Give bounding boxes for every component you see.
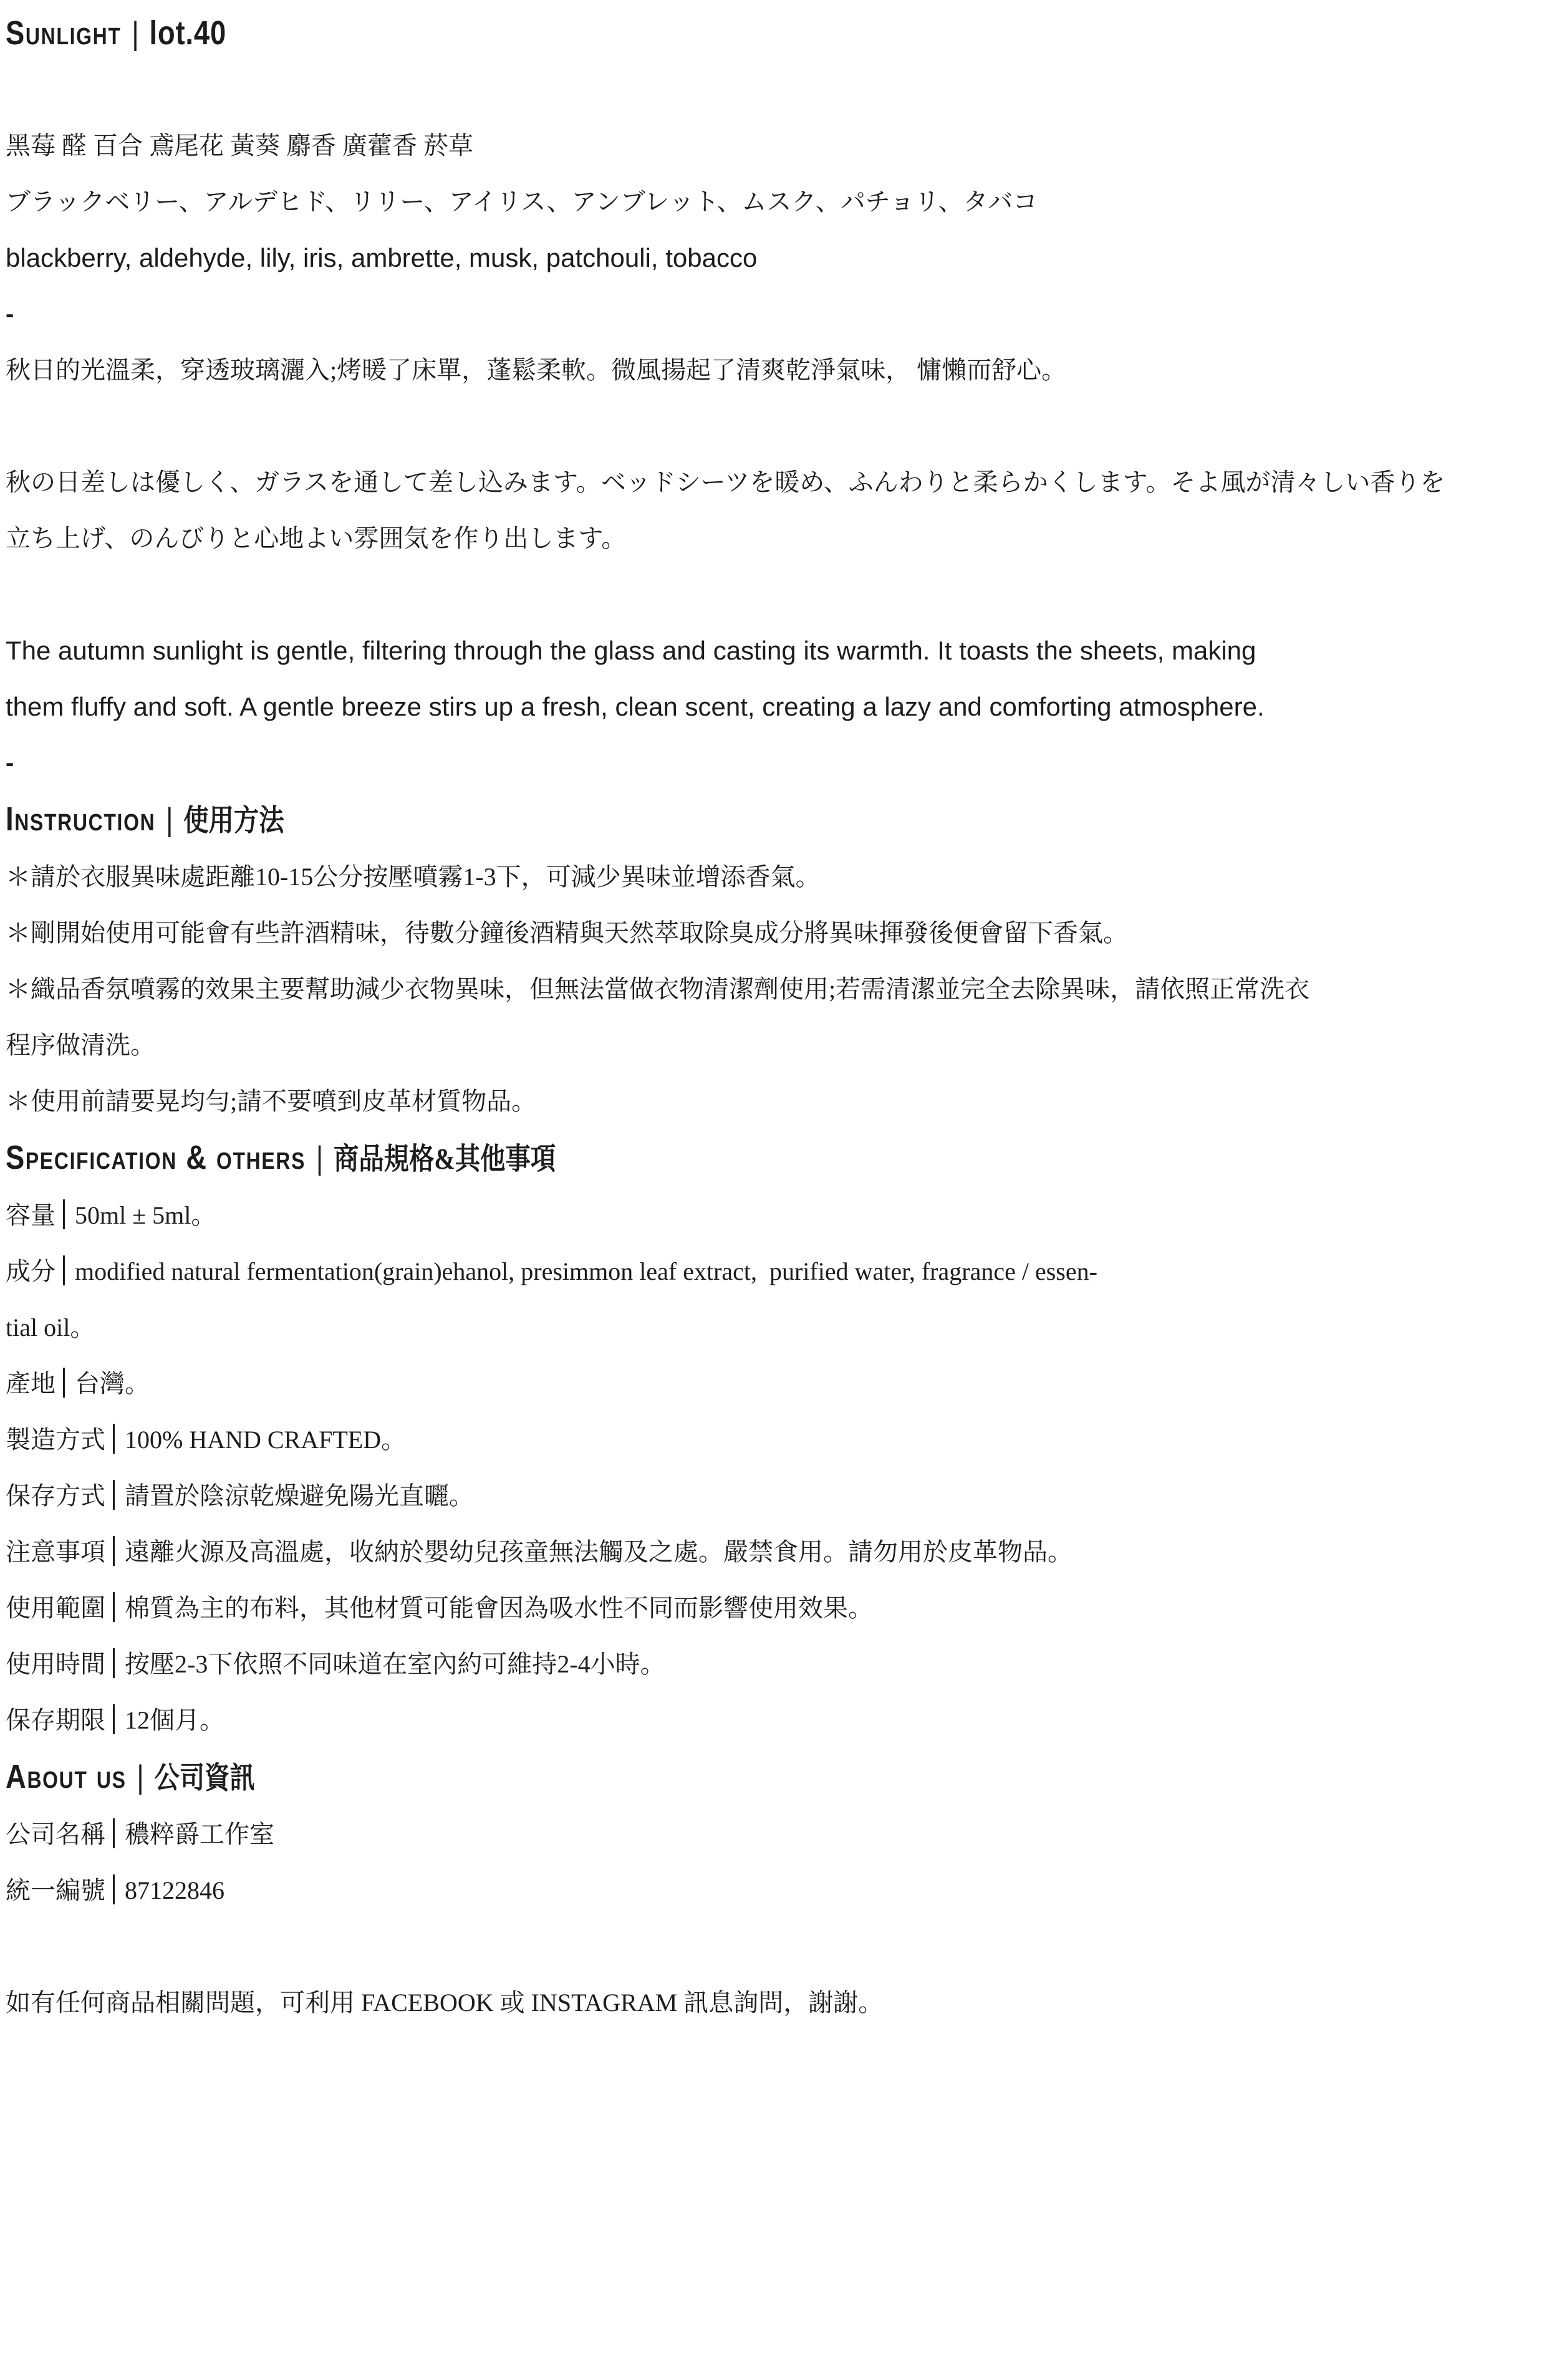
about-label: 公司名稱 [6,1820,105,1848]
instruction-heading-zh: 使用方法 [183,804,284,837]
specification-heading: Specification & others|商品規格&其他事項 [6,1130,1304,1188]
specification-separator-bar: | [306,1140,334,1176]
spec-row: 保存期限12個月。 [6,1692,1551,1749]
label-divider [113,1818,115,1848]
notes-zh: 黑莓 醛 百合 鳶尾花 黃葵 麝香 廣藿香 菸草 [6,118,1551,174]
instruction-item: ＊使用前請要晃均勻;請不要噴到皮革材質物品。 [6,1073,1551,1130]
instruction-item: ＊織品香氛噴霧的效果主要幫助減少衣物異味，但無法當做衣物清潔劑使用;若需清潔並完… [6,961,1551,1073]
divider-dash-bottom: - [6,735,1551,791]
instruction-item: ＊請於衣服異味處距離10-15公分按壓噴霧1-3下，可減少異味並增添香氣。 [6,849,1551,905]
spec-row: 製造方式100% HAND CRAFTED。 [6,1412,1551,1468]
spec-row: 成分modified natural fermentation(grain)eh… [6,1244,1551,1356]
page-title-lot: lot.40 [150,14,227,52]
label-divider [63,1255,65,1285]
description-zh: 秋日的光溫柔，穿透玻璃灑入;烤暖了床單，蓬鬆柔軟。微風揚起了清爽乾淨氣味， 慵懶… [6,342,1551,398]
label-divider [113,1592,115,1622]
about-heading: About us|公司資訊 [6,1749,1304,1807]
spec-label: 保存期限 [6,1706,105,1734]
label-divider [113,1480,115,1510]
specification-heading-zh: 商品規格&其他事項 [334,1143,556,1176]
page-title: Sunlight|lot.40 [6,5,1304,62]
contact-note: 如有任何商品相關問題，可利用 FACEBOOK 或 INSTAGRAM 訊息詢問… [6,1975,1551,2031]
label-divider [63,1199,65,1229]
about-label: 統一編號 [6,1876,105,1904]
spec-label: 保存方式 [6,1482,105,1510]
spec-row: 注意事項遠離火源及高溫處，收納於嬰幼兒孩童無法觸及之處。嚴禁食用。請勿用於皮革物… [6,1524,1551,1580]
spec-row: 使用時間按壓2-3下依照不同味道在室內約可維持2-4小時。 [6,1636,1551,1692]
label-divider [113,1874,115,1904]
spec-value: 台灣。 [75,1370,150,1398]
instruction-item: ＊剛開始使用可能會有些許酒精味，待數分鐘後酒精與天然萃取除臭成分將異味揮發後便會… [6,905,1551,961]
instruction-heading: Instruction|使用方法 [6,791,1304,849]
about-value: 穠粹爵工作室 [125,1820,274,1848]
spec-value: 棉質為主的布料，其他材質可能會因為吸水性不同而影響使用效果。 [125,1594,873,1622]
spec-value: 100% HAND CRAFTED。 [125,1426,406,1454]
notes-en: blackberry, aldehyde, lily, iris, ambret… [6,230,1551,286]
spec-value: 50ml ± 5ml。 [75,1201,216,1229]
spec-row: 使用範圍棉質為主的布料，其他材質可能會因為吸水性不同而影響使用效果。 [6,1580,1551,1636]
spec-label: 容量 [6,1201,55,1229]
label-divider [113,1536,115,1566]
spec-row: 保存方式請置於陰涼乾燥避免陽光直曬。 [6,1468,1551,1524]
divider-dash-top: - [6,286,1551,342]
spec-value: 遠離火源及高溫處，收納於嬰幼兒孩童無法觸及之處。嚴禁食用。請勿用於皮革物品。 [125,1538,1073,1566]
about-heading-zh: 公司資訊 [155,1762,255,1795]
spec-label: 使用時間 [6,1650,105,1678]
spec-row: 容量50ml ± 5ml。 [6,1188,1551,1244]
specification-heading-en: Specification & others [6,1139,306,1176]
about-separator-bar: | [127,1759,155,1795]
spec-label: 使用範圍 [6,1594,105,1622]
instruction-heading-en: Instruction [6,800,155,838]
label-divider [113,1648,115,1678]
spec-label: 注意事項 [6,1538,105,1566]
label-divider [113,1704,115,1734]
instruction-separator-bar: | [155,802,183,838]
title-separator-bar: | [122,16,150,52]
spec-value: 請置於陰涼乾燥避免陽光直曬。 [125,1482,474,1510]
spec-value: 12個月。 [125,1706,224,1734]
spec-value: modified natural fermentation(grain)ehan… [6,1257,1097,1341]
about-value: 87122846 [125,1876,224,1904]
notes-ja: ブラックベリー、アルデヒド、リリー、アイリス、アンブレット、ムスク、パチョリ、タ… [6,174,1551,230]
about-row: 統一編號87122846 [6,1863,1551,1919]
spec-value: 按壓2-3下依照不同味道在室內約可維持2-4小時。 [125,1650,665,1678]
spec-row: 產地台灣。 [6,1356,1551,1412]
spec-label: 製造方式 [6,1426,105,1454]
label-divider [63,1368,65,1398]
description-ja: 秋の日差しは優しく、ガラスを通して差し込みます。ベッドシーツを暖め、ふんわりと柔… [6,454,1551,567]
description-en: The autumn sunlight is gentle, filtering… [6,623,1551,735]
about-heading-en: About us [6,1758,127,1795]
spec-label: 成分 [6,1257,55,1285]
spec-label: 產地 [6,1370,55,1398]
label-divider [113,1424,115,1454]
about-row: 公司名稱穠粹爵工作室 [6,1807,1551,1863]
page-title-name: Sunlight [6,14,122,52]
